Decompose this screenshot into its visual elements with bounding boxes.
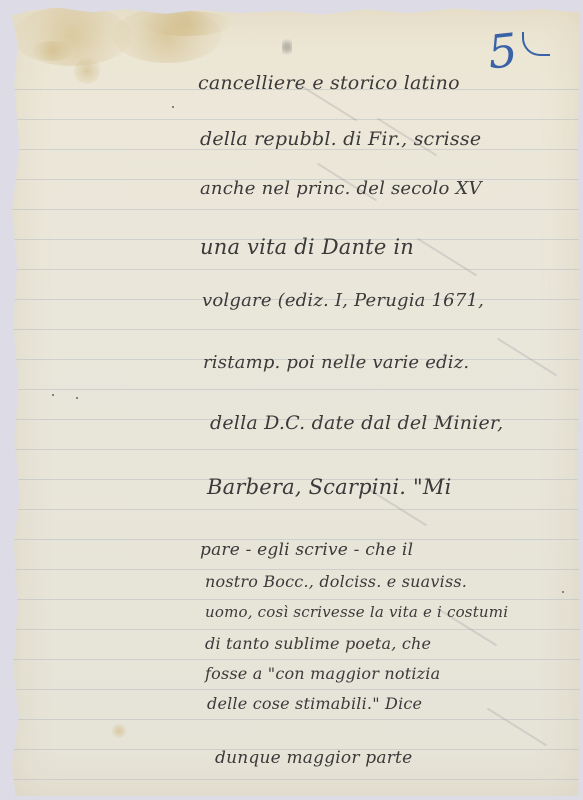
- ruled-line: [12, 629, 580, 630]
- ruled-line: [12, 719, 580, 720]
- ink-speck: [562, 591, 564, 593]
- text-line: pare - egli scrive - che il: [200, 540, 413, 560]
- ruled-line: [12, 329, 580, 330]
- pencil-hatch: [497, 338, 557, 377]
- text-line: volgare (ediz. I, Perugia 1671,: [202, 290, 484, 311]
- ruled-line: [12, 119, 580, 120]
- text-line: una vita di Dante in: [200, 235, 414, 259]
- ink-speck: [52, 394, 54, 396]
- text-line: della D.C. date dal del Minier,: [210, 412, 503, 434]
- text-line: fosse a "con maggior notizia: [205, 664, 440, 683]
- ruled-line: [12, 569, 580, 570]
- text-line: anche nel princ. del secolo XV: [200, 178, 482, 199]
- ruled-line: [12, 689, 580, 690]
- ruled-line: [12, 209, 580, 210]
- ruled-line: [12, 599, 580, 600]
- text-line: di tanto sublime poeta, che: [205, 634, 431, 653]
- pencil-hatch: [487, 708, 547, 747]
- text-line: dunque maggior parte: [215, 748, 412, 768]
- text-line: uomo, così scrivesse la vita e i costumi: [205, 603, 508, 621]
- text-line: delle cose stimabili." Dice: [207, 694, 422, 713]
- ruled-line: [12, 659, 580, 660]
- ruled-line: [12, 509, 580, 510]
- text-line: nostro Bocc., dolciss. e suaviss.: [205, 572, 467, 591]
- text-line: della repubbl. di Fir., scrisse: [200, 128, 481, 150]
- ruled-line: [12, 269, 580, 270]
- water-stain: [112, 724, 126, 738]
- ruled-line: [12, 389, 580, 390]
- water-stain: [142, 11, 232, 36]
- water-stain: [32, 41, 72, 61]
- ruled-line: [12, 779, 580, 780]
- page-number: 5: [486, 27, 520, 76]
- library-stamp: [282, 36, 292, 58]
- text-line: Barbera, Scarpini. "Mi: [207, 475, 452, 499]
- text-line: cancelliere e storico latino: [198, 72, 460, 94]
- text-line: ristamp. poi nelle varie ediz.: [203, 352, 469, 373]
- ink-speck: [172, 106, 174, 108]
- pencil-hatch: [417, 238, 477, 277]
- water-stain: [74, 58, 100, 84]
- ink-speck: [76, 397, 78, 399]
- ruled-line: [12, 449, 580, 450]
